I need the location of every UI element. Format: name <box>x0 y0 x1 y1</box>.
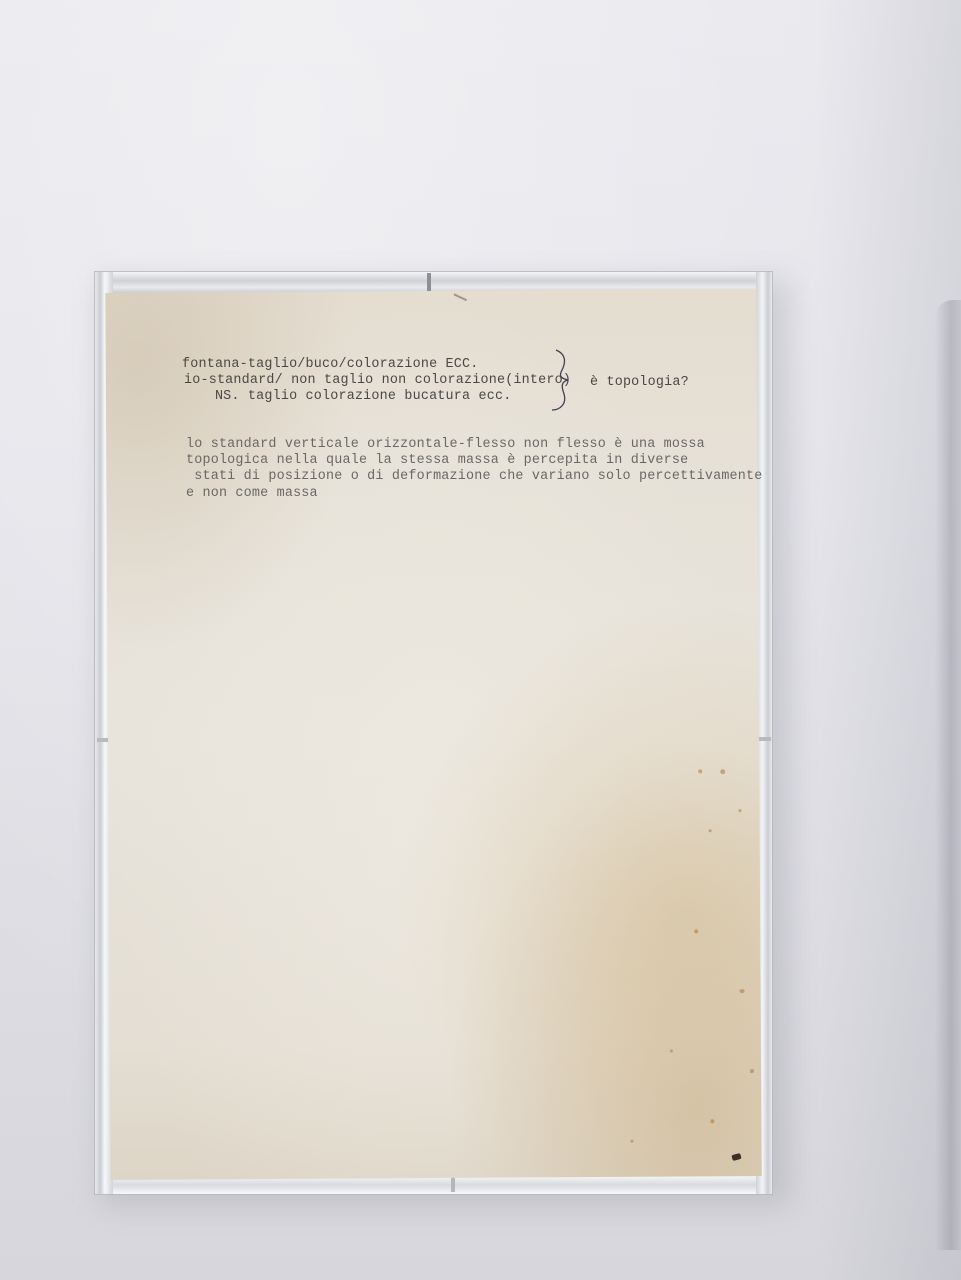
stain-speck <box>694 929 698 933</box>
stain-speck <box>698 769 702 773</box>
typed-line: stati di posizione o di deformazione che… <box>186 468 763 485</box>
adjacent-frame-edge <box>935 300 961 1250</box>
frame-seam <box>427 273 431 293</box>
typed-line: topologica nella quale la stessa massa è… <box>186 452 688 469</box>
typed-line: NS. taglio colorazione bucatura ecc. <box>182 388 511 405</box>
stain-speck <box>710 1119 714 1123</box>
stain-speck <box>709 829 712 832</box>
typed-line: io-standard/ non taglio non colorazione(… <box>184 372 571 389</box>
stain-speck <box>720 769 725 774</box>
typed-line: fontana-taglio/buco/colorazione ECC. <box>182 356 479 373</box>
frame-seam <box>757 737 771 741</box>
stain-speck <box>740 989 745 993</box>
typed-line: e non come massa <box>186 485 318 502</box>
typed-line: lo standard verticale orizzontale-flesso… <box>186 436 705 453</box>
stain-speck <box>750 1069 754 1073</box>
stain-speck <box>630 1140 633 1143</box>
typewritten-sheet <box>105 289 761 1180</box>
curly-brace-icon <box>548 348 578 412</box>
stain-speck <box>670 1050 673 1053</box>
stain-speck <box>738 809 741 812</box>
bracket-question: è topologia? <box>590 374 689 391</box>
